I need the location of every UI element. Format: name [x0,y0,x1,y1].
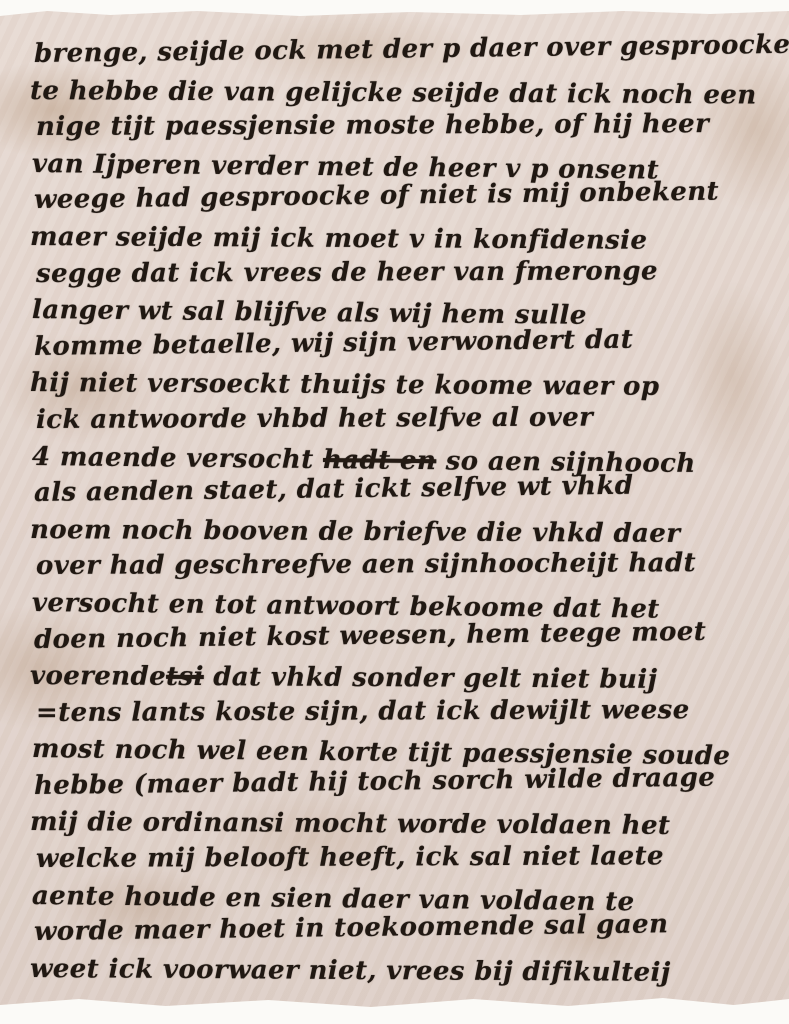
text-segment: weet ick voorwaer niet, vrees bij difiku… [30,954,671,988]
text-segment: segge dat ick vrees de heer van fmeronge [36,256,658,289]
text-segment: maer seijde mij ick moet v in konfidensi… [30,222,648,256]
text-line: brenge, seijde ock met der p daer over g… [34,27,775,73]
text-line: worde maer hoet in toekoomende sal gaen [34,905,775,951]
text-segment: doen noch niet kost weesen, hem teege mo… [34,616,707,654]
struck-through-word: tsi [166,662,204,692]
text-line: als aenden staet, dat ickt selfve wt vhk… [34,466,775,512]
text-line: over had geschreefve aen sijnhoocheijt h… [36,545,775,585]
text-segment: dat vhkd sonder gelt niet buij [204,662,658,695]
text-segment: =tens lants koste sijn, dat ick dewijlt … [36,695,690,728]
text-line: segge dat ick vrees de heer van fmeronge [36,252,775,292]
text-segment: ick antwoorde vhbd het selfve al over [36,403,593,435]
handwritten-text-block: brenge, seijde ock met der p daer over g… [30,36,775,987]
text-segment: hebbe (maer badt hij toch sorch wilde dr… [34,763,716,801]
text-segment: als aenden staet, dat ickt selfve wt vhk… [34,471,634,508]
text-segment: over had geschreefve aen sijnhoocheijt h… [36,548,696,581]
text-segment: worde maer hoet in toekoomende sal gaen [34,910,669,948]
text-line: weet ick voorwaer niet, vrees bij difiku… [30,951,775,992]
text-line: hebbe (maer badt hij toch sorch wilde dr… [34,759,775,805]
text-segment: hij niet versoeckt thuijs te koome waer … [30,368,660,402]
handwriting-lines: brenge, seijde ock met der p daer over g… [30,36,775,987]
letter-paper-sheet: brenge, seijde ock met der p daer over g… [0,10,789,1007]
text-segment: voerende [30,661,166,692]
text-line: nige tijt paessjensie moste hebbe, of hi… [36,106,775,146]
text-line: welcke mij belooft heeft, ick sal niet l… [36,838,775,878]
text-line: =tens lants koste sijn, dat ick dewijlt … [36,691,775,731]
text-segment: mij die ordinansi mocht worde voldaen he… [30,807,671,841]
scanned-letter-page: { "colors":{ "scan_background":"#fbfaf7"… [0,0,789,1024]
text-line: ick antwoorde vhbd het selfve al over [36,399,775,439]
text-segment: weege had gesproocke of niet is mij onbe… [34,177,719,215]
text-segment: 4 maende versocht [32,442,323,475]
text-segment: welcke mij belooft heeft, ick sal niet l… [36,841,664,874]
text-segment: komme betaelle, wij sijn verwondert dat [34,324,634,361]
text-segment: te hebbe die van gelijcke seijde dat ick… [30,76,757,110]
text-line: weege had gesproocke of niet is mij onbe… [34,173,775,219]
text-segment: brenge, seijde ock met der p daer over g… [34,30,789,69]
text-segment: nige tijt paessjensie moste hebbe, of hi… [36,109,709,142]
text-segment: noem noch booven de briefve die vhkd dae… [30,515,681,549]
